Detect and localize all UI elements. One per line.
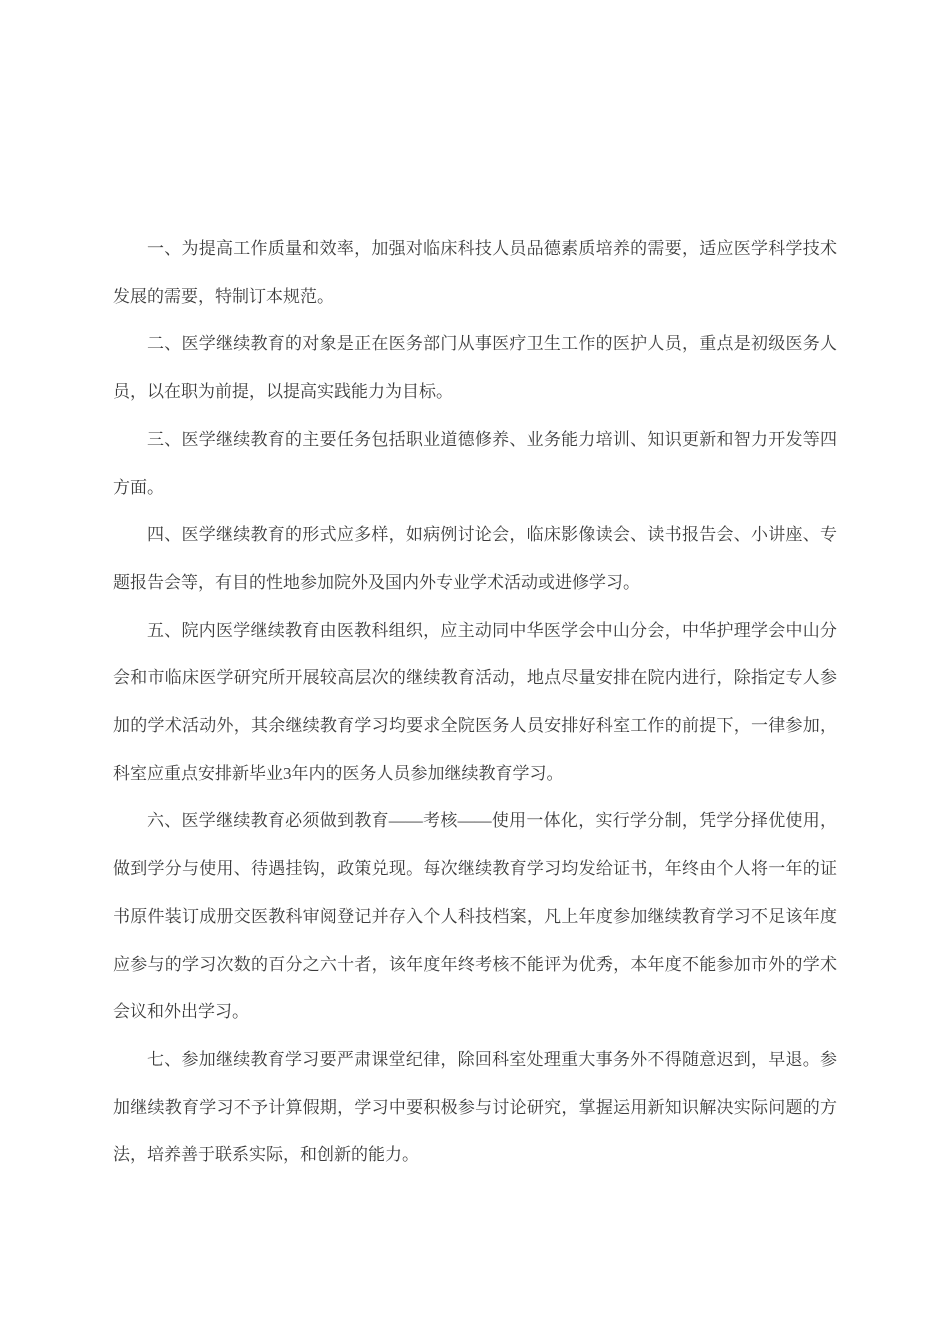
page-background: 一、为提高工作质量和效率，加强对临床科技人员品德素质培养的需要，适应医学科学技术… — [0, 0, 950, 1344]
paragraph: 六、医学继续教育必须做到教育——考核——使用一体化，实行学分制，凭学分择优使用，… — [113, 797, 837, 1036]
paragraph: 七、参加继续教育学习要严肃课堂纪律，除回科室处理重大事务外不得随意迟到，早退。参… — [113, 1036, 837, 1179]
paragraph: 五、院内医学继续教育由医教科组织，应主动同中华医学会中山分会，中华护理学会中山分… — [113, 607, 837, 798]
paragraph: 三、医学继续教育的主要任务包括职业道德修养、业务能力培训、知识更新和智力开发等四… — [113, 416, 837, 511]
paragraph: 二、医学继续教育的对象是正在医务部门从事医疗卫生工作的医护人员，重点是初级医务人… — [113, 320, 837, 415]
document-page: { "page": { "background_color": "#ffffff… — [0, 0, 950, 1344]
paragraph: 四、医学继续教育的形式应多样，如病例讨论会，临床影像读会、读书报告会、小讲座、专… — [113, 511, 837, 606]
paragraph: 一、为提高工作质量和效率，加强对临床科技人员品德素质培养的需要，适应医学科学技术… — [113, 225, 837, 320]
document-body: 一、为提高工作质量和效率，加强对临床科技人员品德素质培养的需要，适应医学科学技术… — [113, 225, 837, 1179]
